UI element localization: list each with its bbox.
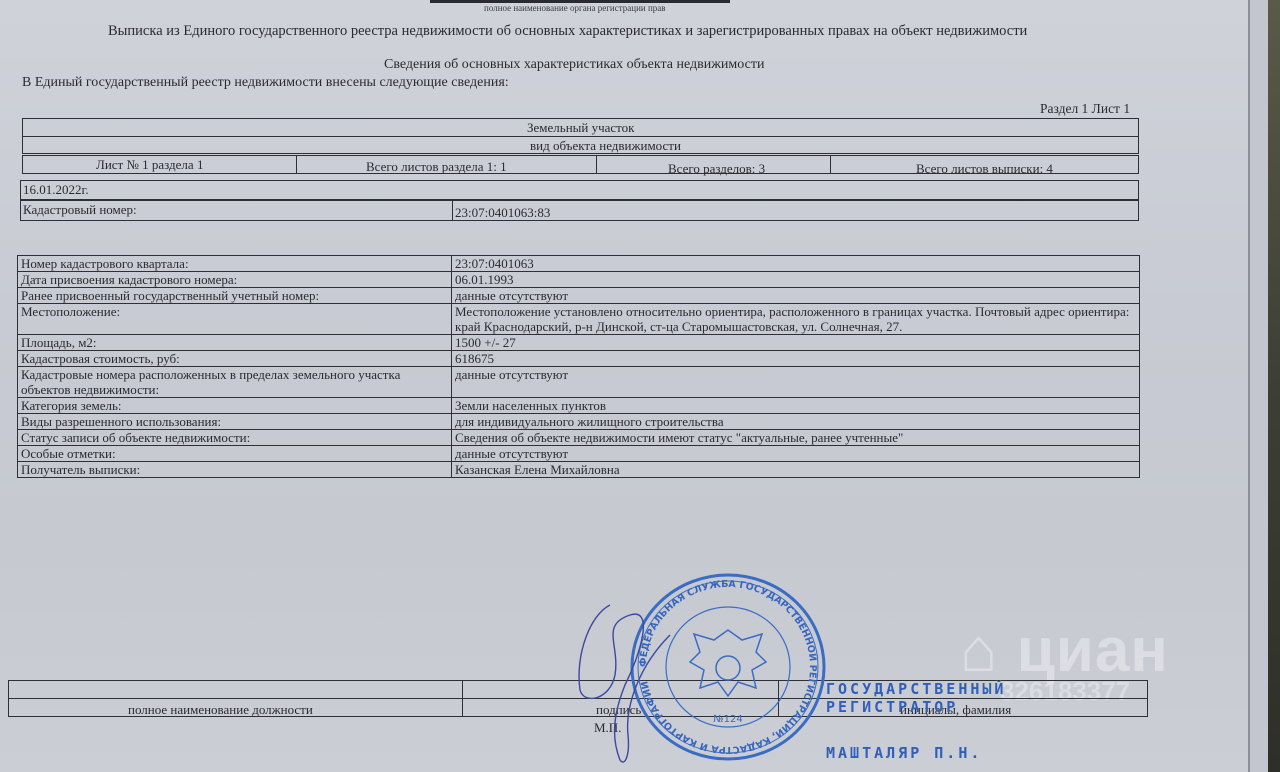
property-value: данные отсутствуют [452, 446, 1140, 462]
property-value: Земли населенных пунктов [452, 398, 1140, 414]
property-value: данные отсутствуют [452, 288, 1140, 304]
seal-number: №124 [713, 714, 743, 725]
extract-date: 16.01.2022г. [23, 182, 89, 198]
position-caption: полное наименование должности [128, 702, 313, 718]
property-label: Кадастровая стоимость, руб: [18, 351, 452, 367]
property-label: Номер кадастрового квартала: [18, 256, 452, 272]
table-row: Дата присвоения кадастрового номера:06.0… [18, 272, 1140, 288]
table-row: Площадь, м2:1500 +/- 27 [18, 335, 1140, 351]
intro-text: В Единый государственный реестр недвижим… [22, 75, 509, 91]
property-value: 618675 [452, 351, 1140, 367]
cadastral-number-row [20, 200, 1139, 221]
signature-scribble [570, 595, 680, 770]
property-label: Виды разрешенного использования: [18, 414, 452, 430]
property-label: Категория земель: [18, 398, 452, 414]
property-value: Казанская Елена Михайловна [452, 462, 1140, 478]
property-value: данные отсутствуют [452, 367, 1140, 398]
page-edge [1248, 0, 1270, 772]
date-row [20, 180, 1139, 200]
property-value: для индивидуального жилищного строительс… [452, 414, 1140, 430]
property-label: Площадь, м2: [18, 335, 452, 351]
document-subtitle: Сведения об основных характеристиках объ… [384, 57, 764, 73]
property-value: Сведения об объекте недвижимости имеют с… [452, 430, 1140, 446]
table-row: Кадастровая стоимость, руб:618675 [18, 351, 1140, 367]
document-title: Выписка из Единого государственного реес… [108, 23, 1027, 40]
property-label: Дата присвоения кадастрового номера: [18, 272, 452, 288]
total-sheets-section: Всего листов раздела 1: 1 [366, 159, 507, 175]
table-row: Статус записи об объекте недвижимости:Св… [18, 430, 1140, 446]
table-row: Ранее присвоенный государственный учетны… [18, 288, 1140, 304]
registrar-stamp-line1: ГОСУДАРСТВЕННЫЙ [826, 680, 1006, 698]
sheet-info-divider-3 [830, 155, 831, 174]
signature-table-divider-1 [462, 680, 463, 717]
sheet-number: Лист № 1 раздела 1 [96, 157, 203, 173]
property-value: Местоположение установлено относительно … [452, 304, 1140, 335]
property-value: 06.01.1993 [452, 272, 1140, 288]
watermark-brand: циан [1017, 616, 1169, 685]
background-surface [1268, 0, 1280, 772]
property-label: Особые отметки: [18, 446, 452, 462]
table-row: Особые отметки:данные отсутствуют [18, 446, 1140, 462]
property-label: Ранее присвоенный государственный учетны… [18, 288, 452, 304]
sheet-info-divider-2 [596, 155, 597, 174]
table-row: Категория земель:Земли населенных пункто… [18, 398, 1140, 414]
registration-authority-caption: полное наименование органа регистрации п… [484, 3, 666, 13]
total-sections: Всего разделов: 3 [668, 161, 765, 177]
sheet-info-divider-1 [296, 155, 297, 174]
cadastral-number-divider [452, 200, 453, 221]
cadastral-number-value: 23:07:0401063:83 [455, 205, 550, 221]
table-row: Местоположение:Местоположение установлен… [18, 304, 1140, 335]
total-sheets-extract: Всего листов выписки: 4 [916, 161, 1053, 177]
property-value: 23:07:0401063 [452, 256, 1140, 272]
property-value: 1500 +/- 27 [452, 335, 1140, 351]
object-type: Земельный участок [527, 120, 635, 136]
property-label: Статус записи об объекте недвижимости: [18, 430, 452, 446]
table-row: Кадастровые номера расположенных в преде… [18, 367, 1140, 398]
cadastral-number-label: Кадастровый номер: [23, 202, 137, 218]
table-row: Виды разрешенного использования:для инди… [18, 414, 1140, 430]
table-row: Получатель выписки:Казанская Елена Михай… [18, 462, 1140, 478]
property-label: Получатель выписки: [18, 462, 452, 478]
section-reference: Раздел 1 Лист 1 [1040, 101, 1130, 117]
table-row: Номер кадастрового квартала:23:07:040106… [18, 256, 1140, 272]
registrar-name-stamp: МАШТАЛЯР П.Н. [826, 744, 982, 762]
object-type-caption: вид объекта недвижимости [530, 138, 681, 154]
property-label: Кадастровые номера расположенных в преде… [18, 367, 452, 398]
registrar-stamp-line2: РЕГИСТРАТОР [826, 698, 958, 716]
properties-table: Номер кадастрового квартала:23:07:040106… [17, 255, 1140, 478]
house-pin-icon: ⌂ [960, 616, 998, 685]
property-label: Местоположение: [18, 304, 452, 335]
